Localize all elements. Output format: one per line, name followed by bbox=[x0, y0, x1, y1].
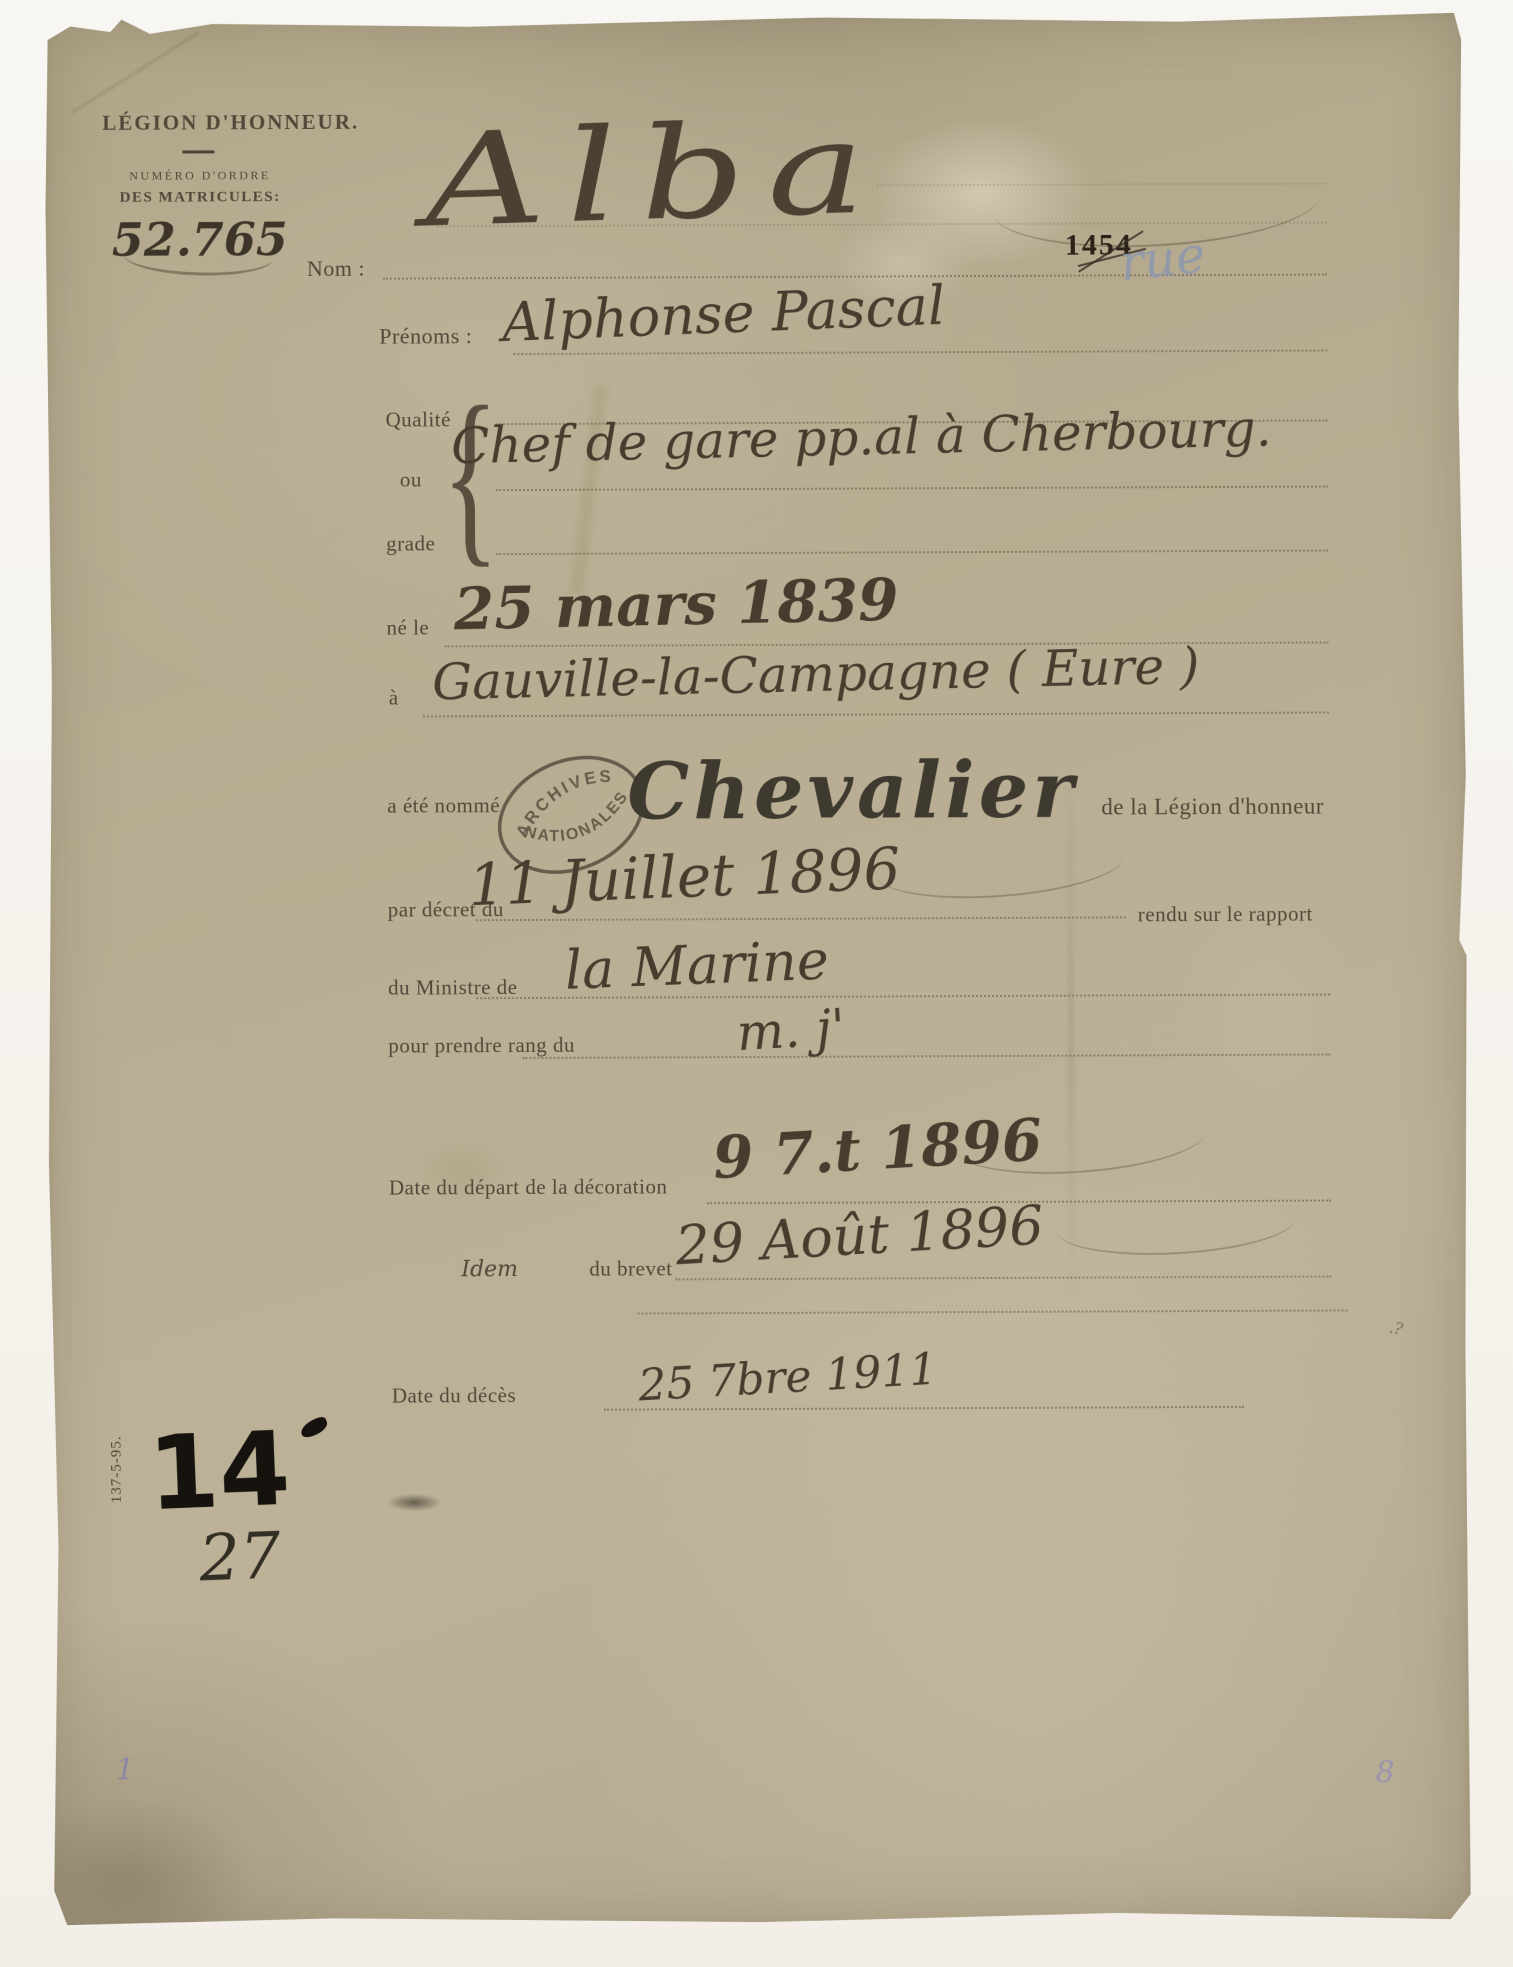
paper-stain bbox=[1176, 891, 1357, 1132]
a-label: à bbox=[389, 686, 399, 711]
deces-label: Date du décès bbox=[392, 1383, 516, 1409]
matricule-caption-line2: DES MATRICULES: bbox=[103, 189, 298, 207]
dotted-rule bbox=[496, 486, 1328, 492]
qualite-value: Chef de gare pp.al à Cherbourg. bbox=[451, 399, 1273, 475]
dotted-rule bbox=[476, 916, 1126, 921]
dotted-rule bbox=[877, 183, 1327, 187]
title-divider bbox=[182, 150, 214, 153]
flourish-tail bbox=[875, 856, 1127, 906]
flourish-tail bbox=[1057, 1217, 1298, 1261]
paper-crease bbox=[71, 32, 199, 114]
prenoms-value: Alphonse Pascal bbox=[501, 274, 946, 354]
nom-value: Alba bbox=[420, 93, 889, 256]
nom-label: Nom : bbox=[307, 256, 365, 282]
ou-label: ou bbox=[400, 467, 422, 492]
grade-value: Chevalier bbox=[627, 745, 1078, 838]
flourish-underline bbox=[123, 254, 274, 278]
birth-place-value: Gauville-la-Campagne ( Eure ) bbox=[432, 637, 1200, 712]
brace: { bbox=[441, 377, 499, 573]
paper-stain bbox=[872, 118, 1093, 269]
brevet-date-value: 29 Août 1896 bbox=[674, 1194, 1045, 1278]
rapport-label: rendu sur le rapport bbox=[1138, 902, 1313, 928]
rang-date-value: m. j' bbox=[735, 998, 847, 1062]
blue-pencil-note: rue bbox=[1117, 225, 1209, 292]
brevet-label: du brevet bbox=[589, 1256, 672, 1281]
edge-mark: .? bbox=[1388, 1318, 1405, 1339]
dotted-rule bbox=[637, 1309, 1347, 1314]
scanned-page: LÉGION D'HONNEUR. NUMÉRO D'ORDRE DES MAT… bbox=[0, 0, 1513, 1967]
idem-label: Idem bbox=[461, 1257, 518, 1282]
ordre-label: de la Légion d'honneur bbox=[1101, 794, 1324, 821]
dotted-rule bbox=[423, 712, 1329, 718]
legion-honneur-record-card: LÉGION D'HONNEUR. NUMÉRO D'ORDRE DES MAT… bbox=[42, 11, 1472, 1929]
ne-le-label: né le bbox=[386, 615, 429, 640]
handwritten-number-27: 27 bbox=[198, 1519, 282, 1596]
printer-imprint: 137-5-95. bbox=[108, 1384, 126, 1554]
grade-label: grade bbox=[386, 531, 435, 556]
depart-label: Date du départ de la décoration bbox=[389, 1174, 668, 1200]
dotted-rule bbox=[675, 1275, 1331, 1280]
rang-label: pour prendre rang du bbox=[388, 1033, 575, 1059]
deces-date-value: 25 7bre 1911 bbox=[637, 1344, 939, 1412]
matricule-caption-line1: NUMÉRO D'ORDRE bbox=[102, 168, 297, 184]
ink-smudge bbox=[386, 1493, 442, 1511]
stamped-number-14: 14 bbox=[146, 1410, 293, 1534]
dotted-rule bbox=[513, 350, 1327, 356]
ministre-value: la Marine bbox=[564, 929, 830, 1002]
birth-date-value: 25 mars 1839 bbox=[453, 566, 899, 644]
ink-blob bbox=[298, 1415, 330, 1439]
dotted-rule bbox=[522, 1053, 1330, 1059]
dotted-rule bbox=[496, 550, 1328, 556]
prenoms-label: Prénoms : bbox=[379, 323, 472, 349]
pencil-mark-left: 1 bbox=[115, 1753, 134, 1788]
paper-stain bbox=[10, 1796, 251, 1967]
pencil-mark-right: 8 bbox=[1375, 1755, 1394, 1790]
form-title: LÉGION D'HONNEUR. bbox=[102, 110, 297, 136]
